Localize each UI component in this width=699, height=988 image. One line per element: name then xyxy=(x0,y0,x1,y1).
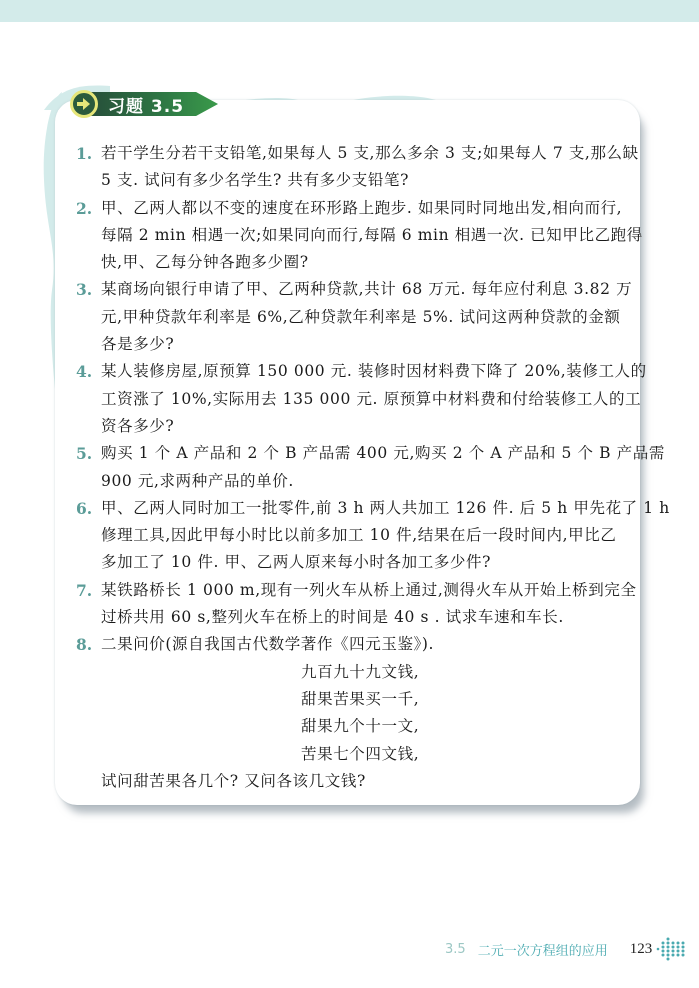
problem-number: 6. xyxy=(76,495,92,522)
problem-8: 8. 二果问价(源自我国古代数学著作《四元玉鉴》). 九百九十九文钱, 甜果苦果… xyxy=(76,631,631,795)
arrow-right-circle-icon xyxy=(70,90,98,118)
poem-line: 甜果九个十一文, xyxy=(101,713,631,740)
problem-text-line: 某铁路桥长 1 000 m,现有一列火车从桥上通过,测得火车从开始上桥到完全 xyxy=(101,577,631,604)
problem-3: 3. 某商场向银行申请了甲、乙两种贷款,共计 68 万元. 每年应付利息 3.8… xyxy=(76,276,631,358)
problem-list: 1. 若干学生分若干支铅笔,如果每人 5 支,那么多余 3 支;如果每人 7 支… xyxy=(76,140,631,795)
poem-line: 甜果苦果买一千, xyxy=(101,686,631,713)
poem-line: 九百九十九文钱, xyxy=(101,659,631,686)
problem-number: 5. xyxy=(76,440,92,467)
problem-text-line: 各是多少? xyxy=(101,331,631,358)
problem-text-line: 某人装修房屋,原预算 150 000 元. 装修时因材料费下降了 20%,装修工… xyxy=(101,358,631,385)
dot-arrow-icon xyxy=(656,934,688,964)
header-band xyxy=(0,0,699,22)
problem-text-line: 过桥共用 60 s,整列火车在桥上的时间是 40 s . 试求车速和车长. xyxy=(101,604,631,631)
page-number: 123 xyxy=(630,941,653,958)
problem-text-line: 快,甲、乙每分钟各跑多少圈? xyxy=(101,249,631,276)
problem-number: 1. xyxy=(76,140,92,167)
problem-text-line: 工资涨了 10%,实际用去 135 000 元. 原预算中材料费和付给装修工人的… xyxy=(101,386,631,413)
problem-text-line: 资各多少? xyxy=(101,413,631,440)
section-title: 习题 3.5 xyxy=(108,92,184,117)
problem-text-line: 若干学生分若干支铅笔,如果每人 5 支,那么多余 3 支;如果每人 7 支,那么… xyxy=(101,140,631,167)
problem-text-line: 元,甲种贷款年利率是 6%,乙种贷款年利率是 5%. 试问这两种贷款的金额 xyxy=(101,304,631,331)
problem-number: 8. xyxy=(76,631,92,658)
problem-text-line: 二果问价(源自我国古代数学著作《四元玉鉴》). xyxy=(101,631,631,658)
problem-text-line: 修理工具,因此甲每小时比以前多加工 10 件,结果在后一段时间内,甲比乙 xyxy=(101,522,631,549)
problem-7: 7. 某铁路桥长 1 000 m,现有一列火车从桥上通过,测得火车从开始上桥到完… xyxy=(76,577,631,632)
footer-section-number: 3.5 xyxy=(445,942,466,957)
problem-text-line: 甲、乙两人都以不变的速度在环形路上跑步. 如果同时同地出发,相向而行, xyxy=(101,195,631,222)
problem-text-line: 某商场向银行申请了甲、乙两种贷款,共计 68 万元. 每年应付利息 3.82 万 xyxy=(101,276,631,303)
problem-text-line: 多加工了 10 件. 甲、乙两人原来每小时各加工多少件? xyxy=(101,549,631,576)
banner-ribbon: 习题 3.5 xyxy=(90,92,218,116)
problem-number: 3. xyxy=(76,276,92,303)
page-footer: 3.5 二元一次方程组的应用 123 xyxy=(445,934,688,964)
problem-number: 2. xyxy=(76,195,92,222)
poem-line: 苦果七个四文钱, xyxy=(101,741,631,768)
problem-text-line: 每隔 2 min 相遇一次;如果同向而行,每隔 6 min 相遇一次. 已知甲比… xyxy=(101,222,631,249)
problem-text-line: 购买 1 个 A 产品和 2 个 B 产品需 400 元,购买 2 个 A 产品… xyxy=(101,440,631,467)
problem-2: 2. 甲、乙两人都以不变的速度在环形路上跑步. 如果同时同地出发,相向而行, 每… xyxy=(76,195,631,277)
section-banner: 习题 3.5 xyxy=(70,90,218,118)
problem-closing-question: 试问甜苦果各几个? 又问各该几文钱? xyxy=(101,768,631,795)
problem-5: 5. 购买 1 个 A 产品和 2 个 B 产品需 400 元,购买 2 个 A… xyxy=(76,440,631,495)
problem-number: 7. xyxy=(76,577,92,604)
problem-4: 4. 某人装修房屋,原预算 150 000 元. 装修时因材料费下降了 20%,… xyxy=(76,358,631,440)
problem-6: 6. 甲、乙两人同时加工一批零件,前 3 h 两人共加工 126 件. 后 5 … xyxy=(76,495,631,577)
problem-text-line: 甲、乙两人同时加工一批零件,前 3 h 两人共加工 126 件. 后 5 h 甲… xyxy=(101,495,631,522)
problem-text-line: 5 支. 试问有多少名学生? 共有多少支铅笔? xyxy=(101,167,631,194)
problem-1: 1. 若干学生分若干支铅笔,如果每人 5 支,那么多余 3 支;如果每人 7 支… xyxy=(76,140,631,195)
problem-number: 4. xyxy=(76,358,92,385)
problem-text-line: 900 元,求两种产品的单价. xyxy=(101,468,631,495)
footer-section-title: 二元一次方程组的应用 xyxy=(478,940,608,959)
